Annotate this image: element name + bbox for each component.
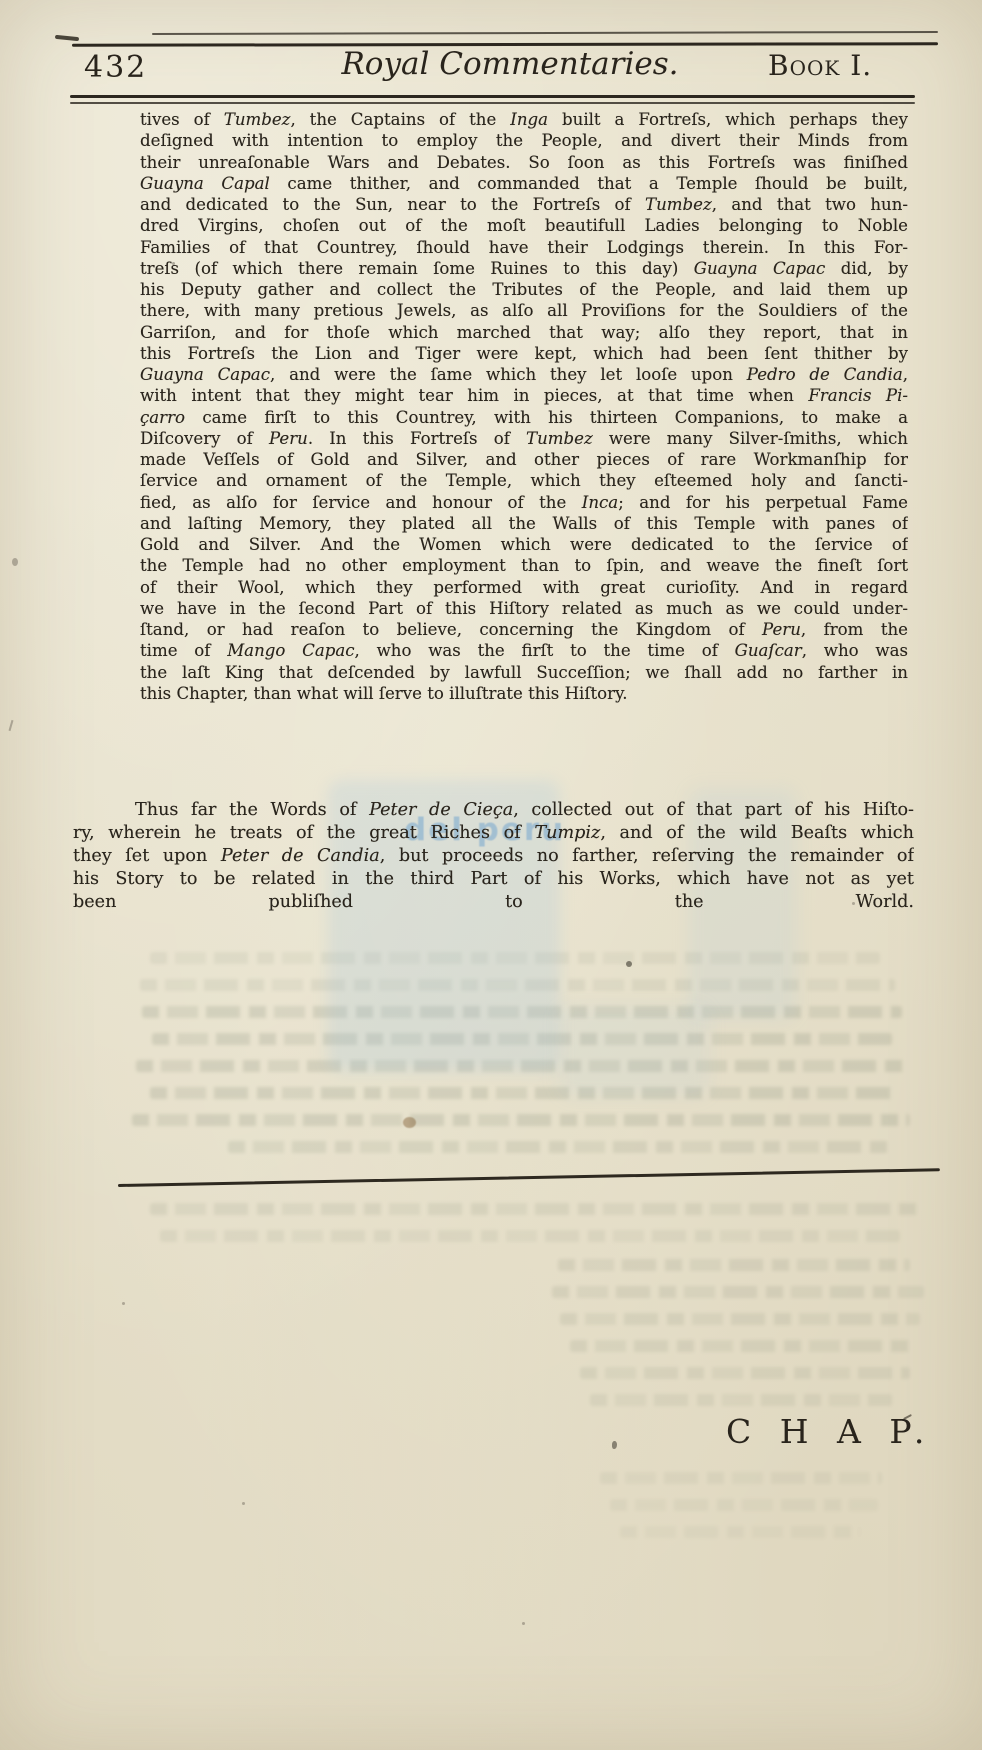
text-line: “this Chapter, than what will ſerve to i… [140,683,908,704]
page-number: 432 [84,50,147,85]
text-segment: there, with many pretious Jewels, as alſ… [140,301,908,320]
text-segment: Diſcovery of [140,429,269,448]
text-segment: the Temple had no other employment than … [140,556,908,575]
italic-text-segment: Pedro de Candia [747,365,903,384]
italic-text-segment: Tumbez [224,110,291,129]
text-segment: we have in the ſecond Part of this Hiſto… [140,599,908,618]
text-segment: made Veſſels of Gold and Silver, and oth… [140,450,908,469]
text-segment: , and that two hun- [712,195,908,214]
text-segment: their unreaſonable Wars and Debates. So … [140,153,908,172]
text-segment: tives of [140,110,224,129]
italic-text-segment: Tumbez [526,429,593,448]
text-line: his Story to be related in the third Par… [73,868,914,891]
text-segment: , but proceeds no farther, reſerving the… [380,846,914,866]
italic-text-segment: Mango Capac [227,641,354,660]
text-segment: this Chapter, than what will ſerve to il… [140,684,628,703]
text-segment: , and were the ſame which they let looſe… [270,365,747,384]
text-segment: built a Fortreſs, which perhaps they [548,110,908,129]
text-segment: time of [140,641,227,660]
text-line: “their unreaſonable Wars and Debates. So… [140,152,908,173]
text-segment: , and of the wild Beaſts which [600,823,914,843]
italic-text-segment: Inga [510,110,548,129]
text-line: “this Fortreſs the Lion and Tiger were k… [140,343,908,364]
book-label: Book I. [768,49,872,82]
section-divider-rule [118,1168,940,1187]
text-line: “we have in the ſecond Part of this Hiſt… [140,598,908,619]
text-line: ry, wherein he treats of the great Riche… [73,822,914,845]
text-line: “treſs (of which there remain ſome Ruine… [140,258,908,279]
italic-text-segment: Peru [269,429,308,448]
text-line: they ſet upon Peter de Candia, but proce… [73,845,914,868]
text-segment: and laſting Memory, they plated all the … [140,514,908,533]
italic-text-segment: Guayna Capac [694,259,826,278]
text-line: “and laſting Memory, they plated all the… [140,513,908,534]
text-segment: ſervice and ornament of the Temple, whic… [140,471,908,490]
text-segment: ; and for his perpetual Fame [618,493,908,512]
text-line: “the laſt King that deſcended by lawfull… [140,662,908,683]
text-line: “dred Virgins, choſen out of the moſt be… [140,215,908,236]
text-line: “Gold and Silver. And the Women which we… [140,534,908,555]
text-segment: , who was the firſt to the time of [355,641,735,660]
italic-text-segment: Francis Pi- [808,386,908,405]
text-segment: and dedicated to the Sun, near to the Fo… [140,195,645,214]
italic-text-segment: Tumpiz [534,823,600,843]
text-line: “fied, as alſo for ſervice and honour of… [140,492,908,513]
text-segment: , collected out of that part of his Hiſt… [513,800,914,820]
text-line: “and dedicated to the Sun, near to the F… [140,194,908,215]
text-segment: dred Virgins, choſen out of the moſt bea… [140,216,908,235]
text-segment: , who was [802,641,908,660]
italic-text-segment: çarro [140,408,185,427]
text-segment: . In this Fortreſs of [308,429,526,448]
text-line: “Guayna Capac, and were the ſame which t… [140,364,908,385]
text-segment: been publiſhed to the World. [73,892,914,912]
header-rule-upper [70,95,915,98]
text-line: “tives of Tumbez, the Captains of the In… [140,109,908,130]
italic-text-segment: Inca [582,493,618,512]
text-line: “made Veſſels of Gold and Silver, and ot… [140,449,908,470]
text-segment: his Deputy gather and collect the Tribut… [140,280,908,299]
text-segment: with intent that they might tear him in … [140,386,808,405]
text-segment: fied, as alſo for ſervice and honour of … [140,493,582,512]
text-line: “ſervice and ornament of the Temple, whi… [140,470,908,491]
text-segment: treſs (of which there remain ſome Ruines… [140,259,694,278]
text-segment: came firſt to this Countrey, with his th… [185,408,908,427]
text-line: “deſigned with intention to employ the P… [140,130,908,151]
text-line: “ſtand, or had reaſon to believe, concer… [140,619,908,640]
text-line: “there, with many pretious Jewels, as al… [140,300,908,321]
text-line: “with intent that they might tear him in… [140,385,908,406]
text-segment: Families of that Countrey, ſhould have t… [140,238,908,257]
text-line: “Garriſon, and for thoſe which marched t… [140,322,908,343]
text-line: “his Deputy gather and collect the Tribu… [140,279,908,300]
italic-text-segment: Guayna Capal [140,174,270,193]
text-segment: they ſet upon [73,846,221,866]
text-line: “Guayna Capal came thither, and commande… [140,173,908,194]
text-line: “çarro came firſt to this Countrey, with… [140,407,908,428]
text-segment: Thus far the Words of [135,800,369,820]
top-rule-thin [152,31,938,35]
text-line: “Families of that Countrey, ſhould have … [140,237,908,258]
quoted-passage: “tives of Tumbez, the Captains of the In… [140,109,908,704]
text-segment: , from the [801,620,908,639]
text-segment: deſigned with intention to employ the Pe… [140,131,908,150]
italic-text-segment: Tumbez [645,195,712,214]
text-line: “Diſcovery of Peru. In this Fortreſs of … [140,428,908,449]
italic-text-segment: Peter de Cieça [369,800,513,820]
italic-text-segment: Peru [762,620,801,639]
text-segment: Gold and Silver. And the Women which wer… [140,535,908,554]
watermark-band [558,1005,710,1097]
text-segment: were many Silver-ſmiths, which [593,429,908,448]
text-segment: , [903,365,908,384]
text-segment: of their Wool, which they performed with… [140,578,908,597]
text-segment: did, by [825,259,908,278]
italic-text-segment: Guaſcar [735,641,802,660]
header-rule-lower [70,102,915,104]
text-line: “time of Mango Capac, who was the firſt … [140,640,908,661]
text-segment: the laſt King that deſcended by lawfull … [140,663,908,682]
closing-paragraph: Thus far the Words of Peter de Cieça, co… [73,799,914,913]
text-segment: ſtand, or had reaſon to believe, concern… [140,620,762,639]
text-line: been publiſhed to the World. [73,891,914,914]
italic-text-segment: Guayna Capac [140,365,270,384]
text-line: Thus far the Words of Peter de Cieça, co… [73,799,914,822]
text-segment: Garriſon, and for thoſe which marched th… [140,323,908,342]
text-segment: , the Captains of the [290,110,510,129]
text-segment: came thither, and commanded that a Templ… [270,174,908,193]
running-title: Royal Commentaries. [300,46,720,82]
text-segment: ry, wherein he treats of the great Riche… [73,823,534,843]
text-line: “of their Wool, which they performed wit… [140,577,908,598]
text-segment: this Fortreſs the Lion and Tiger were ke… [140,344,908,363]
italic-text-segment: Peter de Candia [221,846,380,866]
text-line: “the Temple had no other employment than… [140,555,908,576]
text-segment: his Story to be related in the third Par… [73,869,914,889]
